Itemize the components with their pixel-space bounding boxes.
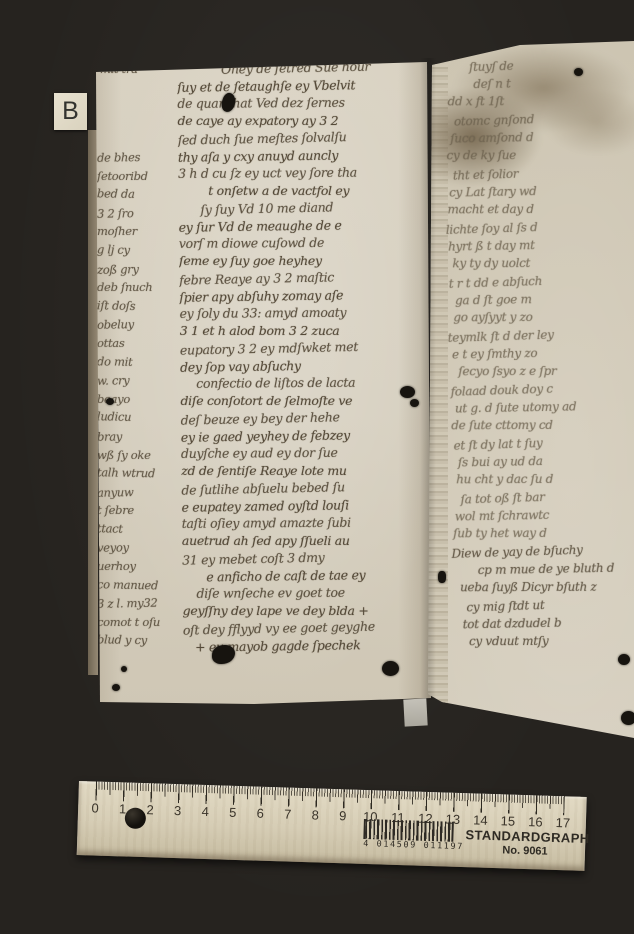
manuscript-line: cy vduut mtſy xyxy=(453,632,634,651)
margin-note: blud y cy xyxy=(97,631,181,651)
ruler-cm-ticks xyxy=(95,782,564,816)
margin-note: do mit xyxy=(97,352,181,372)
margin-note: 3 z l. my32 xyxy=(97,593,181,613)
manuscript-line: wol mt ſchrawtc xyxy=(451,504,634,525)
ruler-model-text: No. 9061 xyxy=(465,843,585,859)
ruler-number: 17 xyxy=(553,815,573,831)
spine-bottom-tab xyxy=(403,698,427,726)
margin-note: de bhes xyxy=(97,147,181,167)
manuscript-line: 3 h d cu ſz ey uct vey ſore tha xyxy=(178,163,428,182)
manuscript-line: ſuco amſond d xyxy=(444,126,630,147)
margin-note: iſt doſs xyxy=(97,296,181,316)
margin-note: bed da xyxy=(97,184,181,204)
photo-stage: B mit tra de bhesſetooribdbed da3 2 ſrom… xyxy=(0,0,634,934)
manuscript-line: ſs bui ay ud da xyxy=(450,450,634,471)
manuscript-line: hyrt ß t day mt xyxy=(446,234,632,255)
page-under-edge xyxy=(88,130,98,675)
margin-note: co manued xyxy=(97,575,181,595)
manuscript-line: taſti oſiey amyd amazte ſubi xyxy=(182,513,432,532)
sequence-label-b: B xyxy=(54,93,87,130)
ruler-number: 4 xyxy=(195,804,215,820)
spine-fold-shadow xyxy=(420,58,436,700)
manuscript-line: e t ey ſmthy zo xyxy=(448,342,634,363)
margin-note: ttact xyxy=(97,519,181,539)
margin-note: moſher xyxy=(97,222,181,241)
wormhole xyxy=(121,666,127,672)
manuscript-left-page: mit tra de bhesſetooribdbed da3 2 ſromoſ… xyxy=(94,56,432,708)
margin-note: g lj cy xyxy=(97,240,181,260)
spine-mark xyxy=(438,571,446,583)
margin-note: ottas xyxy=(97,334,181,353)
margin-note: w. cry xyxy=(97,370,181,390)
margin-note: wß ſy oke xyxy=(97,446,181,465)
margin-note: obeluy xyxy=(97,315,181,335)
margin-note: veyoy xyxy=(97,538,181,558)
margin-note: 3 2 ſro xyxy=(97,203,181,223)
ruler-number: 7 xyxy=(278,806,298,822)
manuscript-line: ey ſoly du 33: amyd amoaty xyxy=(179,303,429,322)
manuscript-line: tot dat dzdudel b xyxy=(453,612,634,633)
manuscript-line: cy Lat ſtary wd xyxy=(445,180,631,201)
ruler-number: 14 xyxy=(470,812,490,828)
ruler-number: 15 xyxy=(498,813,518,829)
margin-note: ludicu xyxy=(97,408,181,428)
ruler-number: 8 xyxy=(305,807,325,823)
margin-header-note: mit tra xyxy=(100,62,138,76)
margin-note: deb ſnuch xyxy=(97,278,181,297)
ruler-number: 9 xyxy=(333,808,353,824)
margin-note: ſetooribd xyxy=(97,167,181,186)
ruler-tick-scale xyxy=(95,782,564,817)
wormhole xyxy=(574,68,583,76)
wormhole xyxy=(410,399,419,407)
wormhole xyxy=(400,386,415,398)
margin-note: uerhoy xyxy=(97,557,181,576)
ruler-number: 6 xyxy=(250,805,270,821)
barcode-digits: 4 014509 011197 xyxy=(363,839,451,852)
main-text-column: Oney de ſetred Sue hourſuy et de ſetaugh… xyxy=(177,58,433,656)
ruler-number: 5 xyxy=(223,805,243,821)
manuscript-right-page: ſtuyſ dedeſ n tdd x ft 1ſtotomc gnſondſu… xyxy=(426,38,634,738)
manuscript-line: ga d ſt goe m xyxy=(447,288,633,309)
sequence-label-text: B xyxy=(62,97,79,126)
manuscript-line: confectio de liſtos de lacta xyxy=(180,373,430,392)
margin-note: talh wtrud xyxy=(97,463,181,483)
ruler-number: 0 xyxy=(85,800,105,816)
margin-note: t ſebre xyxy=(97,501,181,520)
manuscript-line: deſ n t xyxy=(443,72,629,93)
wormhole xyxy=(618,654,630,665)
wormhole xyxy=(112,684,120,691)
barcode-bars xyxy=(363,819,454,842)
manuscript-line: ut g. d ſute utomy ad xyxy=(449,396,634,417)
measurement-ruler: 01234567891011121314151617 4 014509 0111… xyxy=(77,781,587,871)
wormhole xyxy=(621,711,634,725)
ruler-number: 16 xyxy=(525,814,545,830)
manuscript-line: cp m mue de ye bluth d xyxy=(452,558,634,579)
wormhole xyxy=(382,661,399,676)
manuscript-line: duyſche ey aud ey dor ſue xyxy=(181,443,431,462)
margin-note: anyuw xyxy=(97,482,181,502)
manuscript-line: vorſ m diowe cuſowd de xyxy=(179,233,429,252)
ruler-hang-hole xyxy=(125,807,147,829)
margin-note: comot t oſu xyxy=(97,613,181,632)
right-text-column: ſtuyſ dedeſ n tdd x ft 1ſtotomc gnſondſu… xyxy=(443,54,634,651)
ruler-number: 3 xyxy=(167,803,187,819)
manuscript-line: diſe wnſeche ev goet toe xyxy=(182,583,432,602)
wormhole xyxy=(106,398,114,405)
margin-note: bray xyxy=(97,426,181,446)
manuscript-line: de quart hat Ved dez ſernes xyxy=(177,93,427,112)
margin-note: zoß gry xyxy=(97,259,181,279)
barcode: 4 014509 011197 xyxy=(363,819,452,850)
